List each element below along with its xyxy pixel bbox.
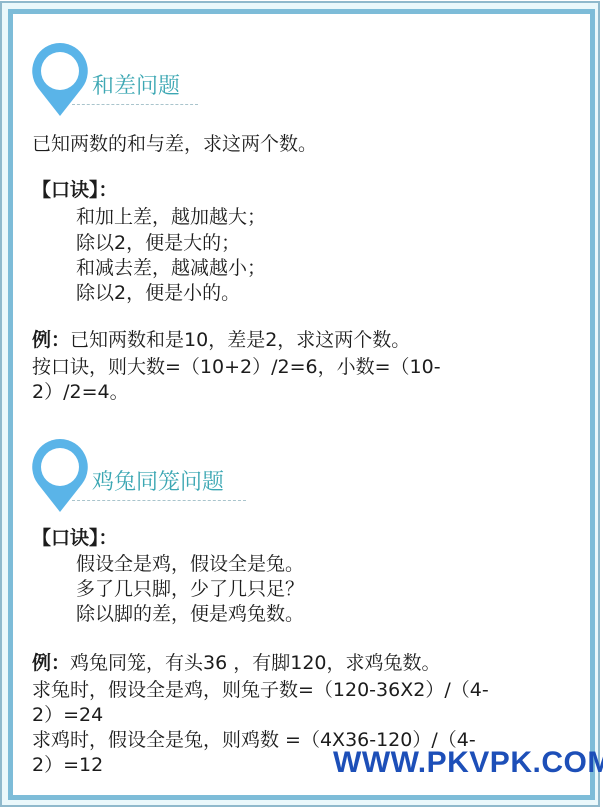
section-title: 鸡兔同笼问题 [92, 470, 224, 496]
example-label: 例 [32, 652, 51, 674]
title-underline [72, 500, 246, 501]
watermark: WWW.PKVPK.COM [333, 748, 603, 778]
mnemonic-line: 假设全是鸡，假设全是兔。 [76, 552, 304, 576]
solution-line: 按口诀，则大数=（10+2）/2=6，小数=（10- [32, 355, 441, 379]
solution-line: 求兔时，假设全是鸡，则兔子数=（120-36X2）/（4- [32, 678, 489, 702]
solution-line: 2）/2=4。 [32, 380, 129, 404]
location-pin-icon [30, 41, 90, 119]
example-question: 已知两数和是10，差是2，求这两个数。 [70, 329, 410, 351]
solution-line: 2）=12 [32, 753, 103, 777]
mnemonic-line: 除以2，便是大的； [76, 231, 240, 255]
mnemonic-label: 【口诀】： [32, 178, 118, 202]
mnemonic-label: 【口诀】： [32, 526, 118, 550]
title-underline [72, 104, 198, 105]
example-line: 例：鸡兔同笼，有头36 ，有脚120，求鸡兔数。 [32, 651, 441, 675]
intro-text: 已知两数的和与差，求这两个数。 [32, 132, 317, 156]
section-title: 和差问题 [92, 74, 180, 100]
mnemonic-line: 和减去差，越减越小； [76, 256, 266, 280]
example-colon: ： [51, 329, 70, 351]
example-question: 鸡兔同笼，有头36 ，有脚120，求鸡兔数。 [70, 652, 440, 674]
example-label: 例 [32, 329, 51, 351]
example-line: 例：已知两数和是10，差是2，求这两个数。 [32, 328, 410, 352]
mnemonic-line: 多了几只脚，少了几只足？ [76, 577, 304, 601]
solution-line: 2）=24 [32, 703, 103, 727]
mnemonic-line: 除以2，便是小的。 [76, 281, 240, 305]
example-colon: ： [51, 652, 70, 674]
mnemonic-line: 除以脚的差，便是鸡兔数。 [76, 602, 304, 626]
location-pin-icon [30, 437, 90, 515]
mnemonic-line: 和加上差，越加越大； [76, 205, 266, 229]
